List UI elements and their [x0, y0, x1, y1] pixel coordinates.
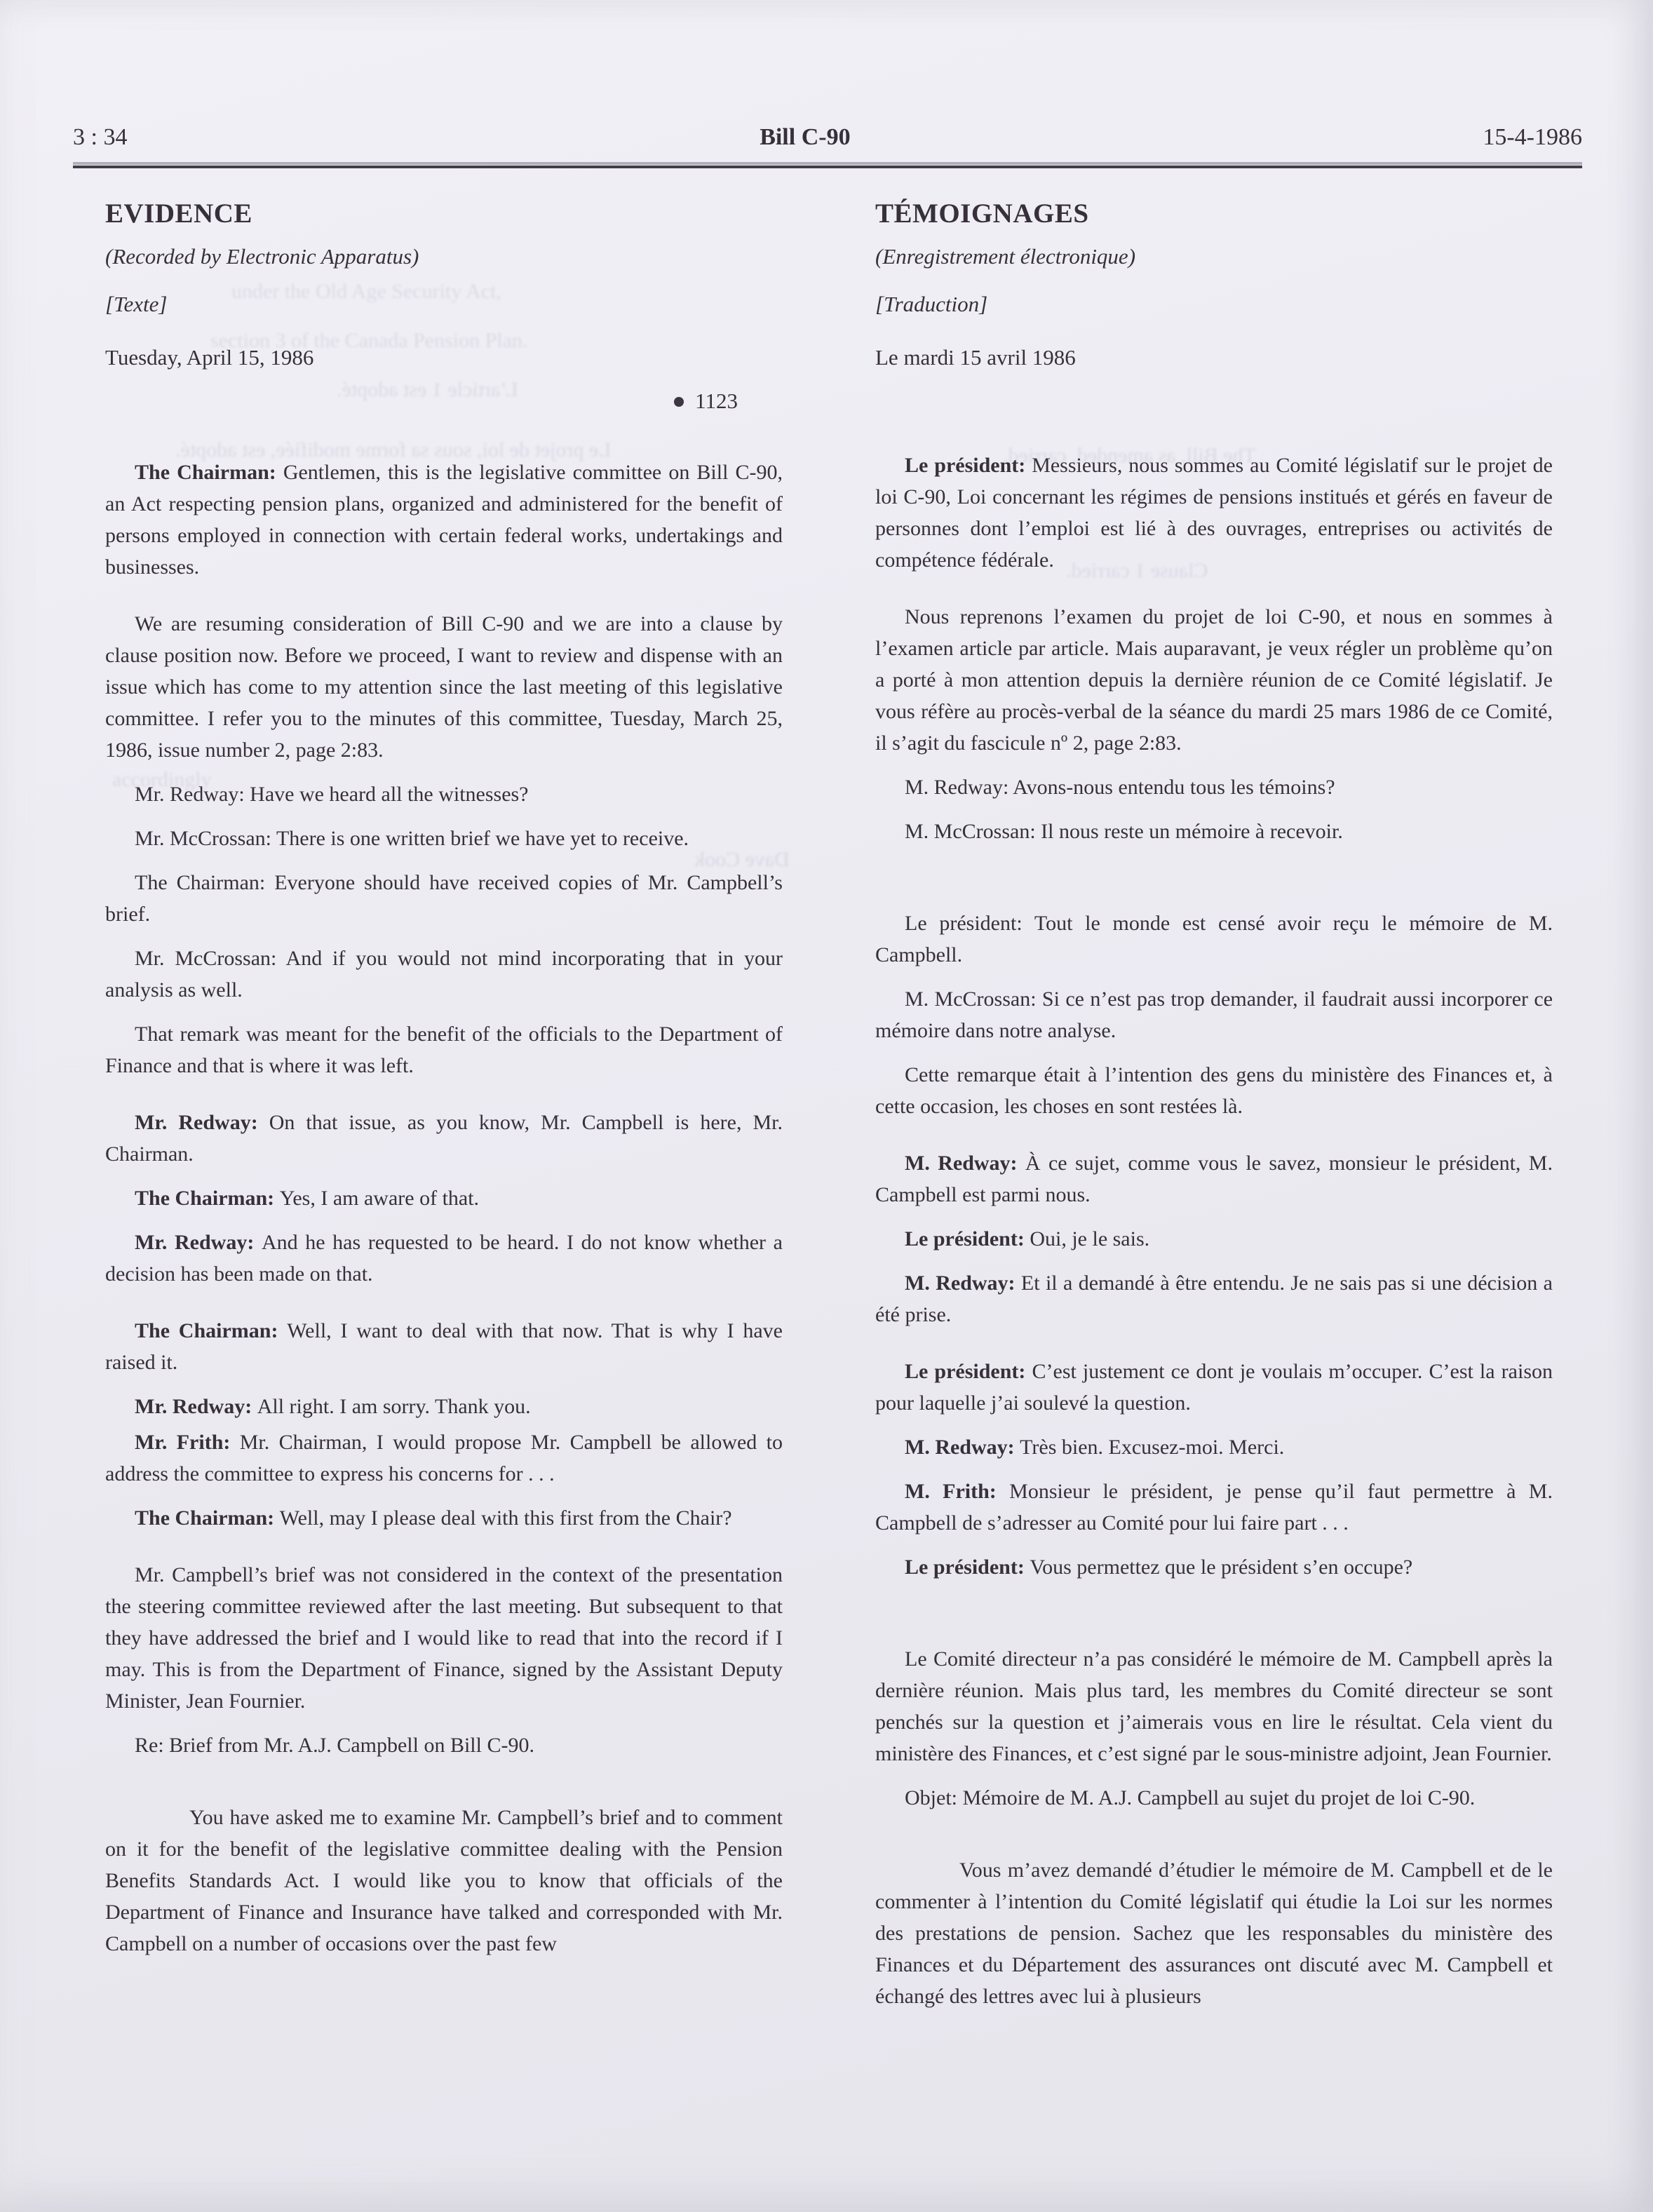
paragraph: M. Redway: Et il a demandé à être entend… — [875, 1267, 1553, 1330]
paragraph: Le président: Messieurs, nous sommes au … — [875, 450, 1553, 576]
speaker-label: M. Redway: — [905, 776, 1013, 799]
paragraph: M. McCrossan: Si ce n’est pas trop deman… — [875, 983, 1553, 1046]
evidence-paragraphs: The Chairman: Gentlemen, this is the leg… — [105, 457, 783, 1960]
evidence-heading: EVIDENCE — [105, 200, 783, 228]
speaker-label: Mr. Redway: — [135, 1111, 269, 1134]
timestamp-marker: 1123 — [105, 386, 738, 416]
paragraph: M. McCrossan: Il nous reste un mémoire à… — [875, 816, 1553, 847]
bullet-icon — [674, 397, 684, 407]
speaker-label: M. Redway: — [905, 1436, 1020, 1459]
paragraph: Objet: Mémoire de M. A.J. Campbell au su… — [875, 1782, 1553, 1814]
language-tag: [Texte] — [105, 291, 783, 318]
language-tag-fr: [Traduction] — [875, 291, 1553, 318]
two-column-text: EVIDENCE (Recorded by Electronic Apparat… — [105, 200, 1553, 2012]
speaker-label: M. Redway: — [905, 1152, 1025, 1175]
paragraph: You have asked me to examine Mr. Campbel… — [105, 1802, 783, 1960]
paragraph: Nous reprenons l’examen du projet de loi… — [875, 601, 1553, 759]
speaker-label: Mr. Redway: — [135, 1231, 262, 1254]
sitting-date: Tuesday, April 15, 1986 — [105, 344, 783, 371]
paragraph: M. Redway: Avons-nous entendu tous les t… — [875, 771, 1553, 803]
speaker-label: M. Frith: — [905, 1480, 1009, 1503]
paragraph: The Chairman: Yes, I am aware of that. — [105, 1182, 783, 1214]
page-header: 3 : 34 Bill C-90 15-4-1986 — [73, 123, 1582, 151]
speaker-label: Le président: — [905, 1227, 1030, 1250]
paragraph: The Chairman: Well, I want to deal with … — [105, 1315, 783, 1378]
sitting-date-fr: Le mardi 15 avril 1986 — [875, 344, 1553, 371]
speaker-label: The Chairman: — [135, 461, 283, 484]
speaker-label: M. McCrossan: — [905, 820, 1041, 843]
timestamp-value: 1123 — [695, 389, 738, 413]
paragraph: Cette remarque était à l’intention des g… — [875, 1059, 1553, 1122]
speaker-label: Le président: — [905, 1360, 1032, 1383]
paragraph: Le président: C’est justement ce dont je… — [875, 1356, 1553, 1419]
paragraph: Le Comité directeur n’a pas considéré le… — [875, 1643, 1553, 1769]
header-date: 15-4-1986 — [1483, 123, 1582, 151]
paragraph: Re: Brief from Mr. A.J. Campbell on Bill… — [105, 1729, 783, 1761]
paragraph: Mr. Campbell’s brief was not considered … — [105, 1559, 783, 1717]
paragraph: Mr. Frith: Mr. Chairman, I would propose… — [105, 1427, 783, 1490]
temoignages-heading: TÉMOIGNAGES — [875, 200, 1553, 228]
speaker-label: M. Redway: — [905, 1272, 1021, 1295]
paragraph: That remark was meant for the benefit of… — [105, 1018, 783, 1081]
speaker-label: Mr. McCrossan: — [135, 827, 276, 850]
speaker-label: The Chairman: — [135, 1319, 287, 1342]
page-number: 3 : 34 — [73, 123, 127, 151]
speaker-label: Mr. Frith: — [135, 1431, 240, 1454]
paragraph: Mr. McCrossan: And if you would not mind… — [105, 943, 783, 1006]
scanned-document-page: 3 : 34 Bill C-90 15-4-1986 EVIDENCE (Rec… — [0, 0, 1653, 2212]
speaker-label: Le président: — [905, 454, 1032, 477]
speaker-label: Le président: — [905, 912, 1034, 935]
paragraph: Le président: Oui, je le sais. — [875, 1223, 1553, 1255]
paragraph: The Chairman: Well, may I please deal wi… — [105, 1502, 783, 1534]
paragraph: Le président: Vous permettez que le prés… — [875, 1551, 1553, 1583]
bill-title: Bill C-90 — [760, 123, 850, 151]
paragraph: The Chairman: Gentlemen, this is the leg… — [105, 457, 783, 583]
paragraph: Mr. McCrossan: There is one written brie… — [105, 823, 783, 854]
speaker-label: The Chairman: — [135, 871, 274, 894]
recording-note: (Recorded by Electronic Apparatus) — [105, 243, 783, 270]
recording-note-fr: (Enregistrement électronique) — [875, 243, 1553, 270]
speaker-label: Mr. Redway: — [135, 1395, 257, 1418]
paragraph: The Chairman: Everyone should have recei… — [105, 867, 783, 930]
paragraph: Mr. Redway: And he has requested to be h… — [105, 1227, 783, 1290]
speaker-label: Mr. Redway: — [135, 783, 250, 806]
paragraph: Mr. Redway: Have we heard all the witnes… — [105, 778, 783, 810]
paragraph: Vous m’avez demandé d’étudier le mémoire… — [875, 1854, 1553, 2012]
paragraph: Mr. Redway: On that issue, as you know, … — [105, 1107, 783, 1170]
speaker-label: The Chairman: — [135, 1506, 280, 1530]
evidence-column: EVIDENCE (Recorded by Electronic Apparat… — [105, 200, 783, 2012]
speaker-label: The Chairman: — [135, 1187, 280, 1210]
paragraph: M. Redway: Très bien. Excusez-moi. Merci… — [875, 1431, 1553, 1463]
temoignages-paragraphs: Le président: Messieurs, nous sommes au … — [875, 450, 1553, 2012]
speaker-label: M. McCrossan: — [905, 987, 1042, 1011]
paragraph: Mr. Redway: All right. I am sorry. Thank… — [105, 1391, 783, 1422]
temoignages-column: TÉMOIGNAGES (Enregistrement électronique… — [875, 200, 1553, 2012]
speaker-label: Mr. McCrossan: — [135, 947, 286, 970]
paragraph: M. Redway: À ce sujet, comme vous le sav… — [875, 1147, 1553, 1210]
paragraph: We are resuming consideration of Bill C-… — [105, 608, 783, 766]
header-rule — [73, 166, 1582, 168]
speaker-label: Le président: — [905, 1556, 1030, 1579]
paragraph: Le président: Tout le monde est censé av… — [875, 908, 1553, 971]
paragraph: M. Frith: Monsieur le président, je pens… — [875, 1476, 1553, 1539]
